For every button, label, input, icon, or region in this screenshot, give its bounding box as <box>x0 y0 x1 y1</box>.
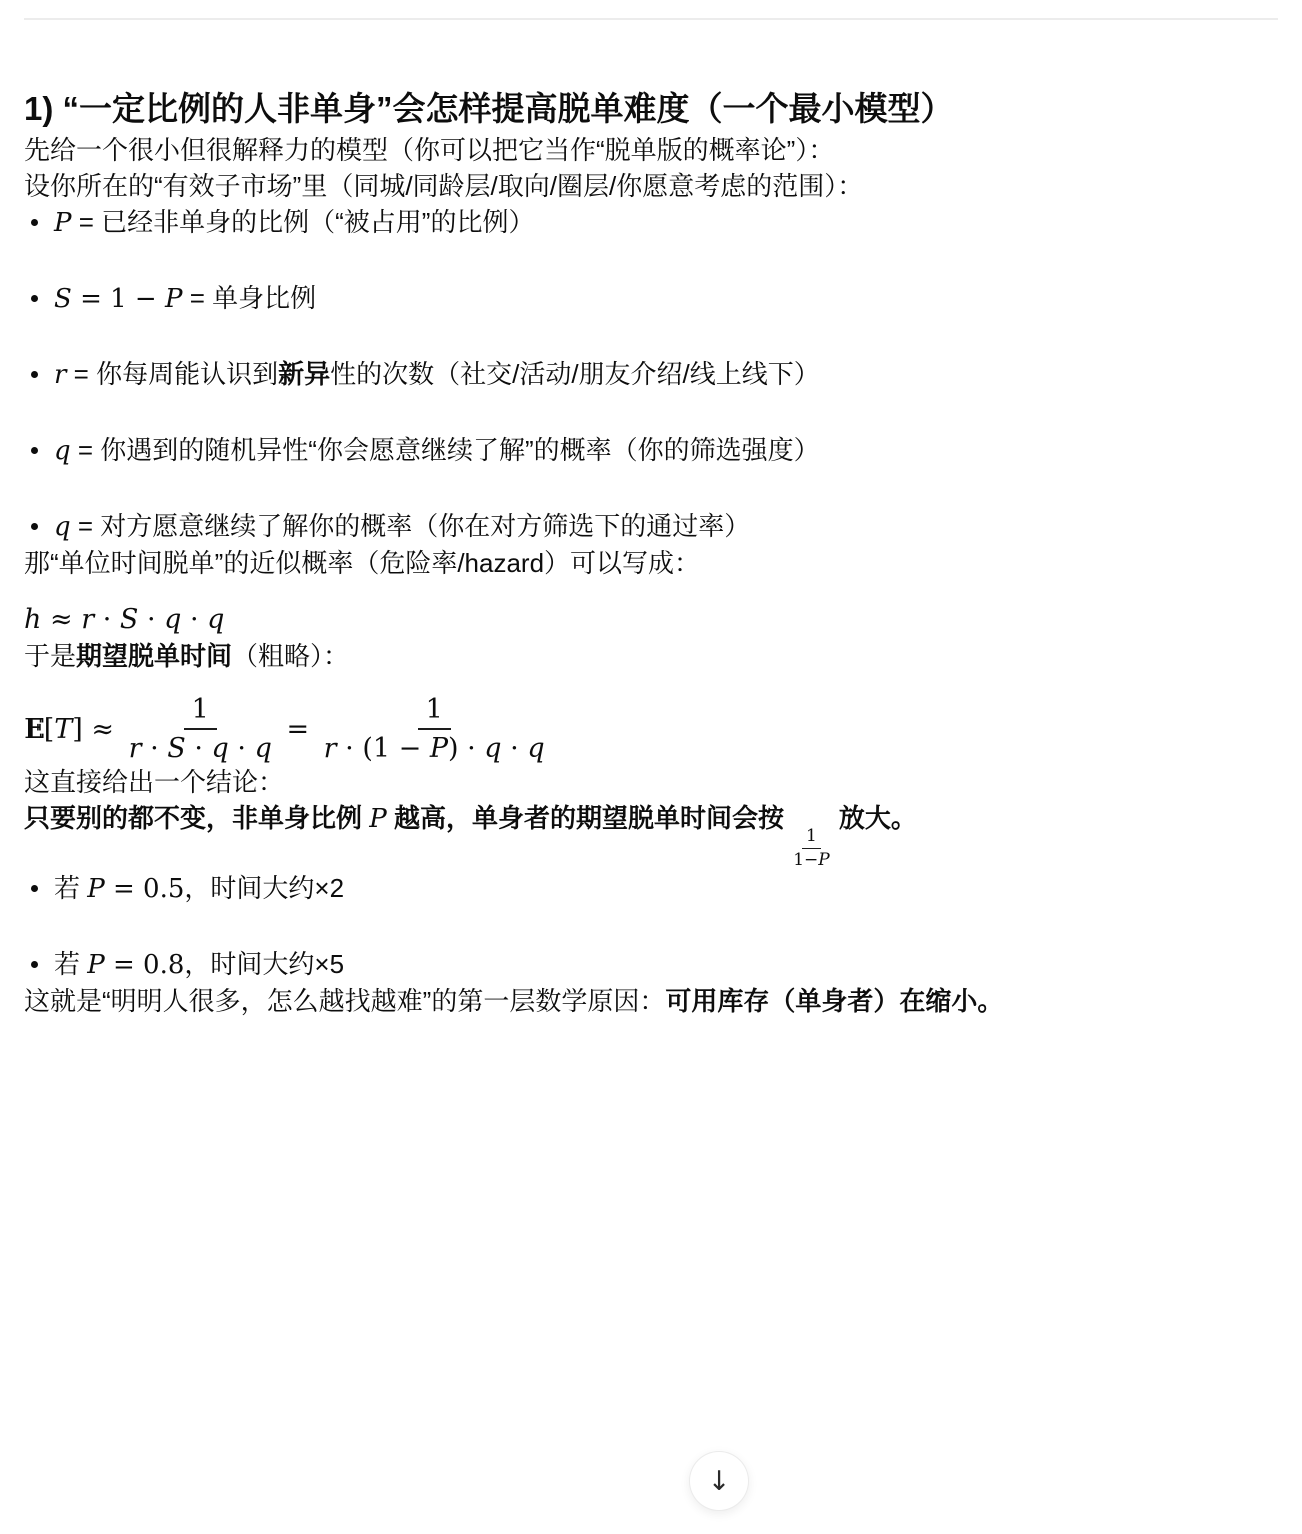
paragraph-expected-time: 于是期望脱单时间（粗略）： <box>24 638 1278 674</box>
section-divider <box>24 18 1278 20</box>
math-variable: S <box>167 733 186 764</box>
text-segment: 这就是“明明人很多，怎么越找越难”的第一层数学原因： <box>24 986 665 1016</box>
examples-list: 若 P = 0.5，时间大约×2若 P = 0.8，时间大约×5 <box>24 870 1278 983</box>
math-symbol: = 0.5 <box>105 874 185 904</box>
math-symbol: 1 <box>806 826 817 846</box>
text-segment: 于是 <box>24 641 76 671</box>
conclusion-title: 这直接给出一个结论： <box>24 767 284 797</box>
list-item: r = 你每周能认识到新异性的次数（社交/活动/朋友介绍/线上线下） <box>54 356 1278 393</box>
math-symbol: · <box>229 733 255 764</box>
bold-text-segment: 放大。 <box>832 803 917 833</box>
fraction-denominator: r · S · q · q <box>129 730 272 764</box>
math-symbol: · <box>142 733 168 764</box>
math-symbol: ) · <box>448 733 484 764</box>
math-symbol: · <box>181 604 207 635</box>
math-variable: r <box>324 733 337 764</box>
math-symbol: · <box>502 733 528 764</box>
math-variable: q <box>255 733 272 764</box>
list-item: 若 P = 0.8，时间大约×5 <box>54 946 1278 983</box>
math-symbol: = 0.8 <box>105 950 185 980</box>
blackboard-E-stroke: E <box>26 714 46 745</box>
math-symbol: ] ≈ <box>72 714 122 745</box>
bold-text-segment: 越高，单身者的期望脱单时间会按 <box>387 803 791 833</box>
math-variable: q <box>484 733 501 764</box>
math-variable: r <box>129 733 142 764</box>
list-item: S = 1 − P = 单身比例 <box>54 280 1278 317</box>
list-item: P = 已经非单身的比例（“被占用”的比例） <box>54 204 1278 241</box>
bullet-marker <box>31 447 38 454</box>
math-variable: q <box>54 512 71 542</box>
text-segment: = 对方愿意继续了解你的概率（你在对方筛选下的通过率） <box>71 511 751 541</box>
math-symbol: · <box>138 604 164 635</box>
fraction: 11−P <box>793 826 830 870</box>
math-symbol: 1− <box>793 850 818 870</box>
math-variable: q <box>527 733 544 764</box>
math-variable: q <box>164 604 181 635</box>
fraction: 1r · (1 − P) · q · q <box>324 694 545 764</box>
bold-text-segment: 只要别的都不变，非单身比例 <box>24 803 369 833</box>
bold-text-segment: 可用库存（单身者）在缩小。 <box>665 986 1003 1016</box>
arrow-down-icon: ↓ <box>708 1468 731 1495</box>
paragraph-hazard: 那“单位时间脱单”的近似概率（危险率/hazard）可以写成： <box>24 545 1278 581</box>
bullet-marker <box>31 885 38 892</box>
list-item: q = 对方愿意继续了解你的概率（你在对方筛选下的通过率） <box>54 508 1278 545</box>
bullet-marker <box>31 523 38 530</box>
math-symbol: ≈ <box>41 604 81 635</box>
bullet-marker <box>31 961 38 968</box>
fraction-numerator: 1 <box>802 826 821 849</box>
math-symbol: = 1 − <box>72 284 165 314</box>
text-segment: = 你每周能认识到 <box>66 359 278 389</box>
text-segment: 这直接给出一个结论： <box>24 767 284 797</box>
fraction-denominator: 1−P <box>793 849 830 871</box>
text-segment: 若 <box>54 873 87 903</box>
text-segment: 设你所在的“有效子市场”里（同城/同龄层/取向/圈层/你愿意考虑的范围）： <box>24 171 863 201</box>
list-item: q = 你遇到的随机异性“你会愿意继续了解”的概率（你的筛选强度） <box>54 432 1278 469</box>
math-variable: T <box>54 714 72 745</box>
math-variable: q <box>212 733 229 764</box>
bullet-marker <box>31 219 38 226</box>
list-item: 若 P = 0.5，时间大约×2 <box>54 870 1278 907</box>
text-segment: 那“单位时间脱单”的近似概率（危险率/hazard）可以写成： <box>24 548 700 578</box>
scroll-to-bottom-button[interactable]: ↓ <box>689 1451 749 1511</box>
math-variable: P <box>87 874 105 904</box>
blackboard-bold-E: EE <box>24 714 44 745</box>
math-variable: S <box>120 604 139 635</box>
paragraph-intro: 先给一个很小但很解释力的模型（你可以把它当作“脱单版的概率论”）： <box>24 132 1278 168</box>
math-symbol: = <box>278 714 318 745</box>
paragraph-conclusion: 这直接给出一个结论： 只要别的都不变，非单身比例 P 越高，单身者的期望脱单时间… <box>24 764 1278 870</box>
fraction: 1r · S · q · q <box>129 694 272 764</box>
text-segment: = 你遇到的随机异性“你会愿意继续了解”的概率（你的筛选强度） <box>71 435 820 465</box>
math-symbol: · <box>186 733 212 764</box>
text-segment: 性的次数（社交/活动/朋友介绍/线上线下） <box>330 359 820 389</box>
text-segment: 先给一个很小但很解释力的模型（你可以把它当作“脱单版的概率论”）： <box>24 135 834 165</box>
math-symbol: · <box>94 604 120 635</box>
math-variable: P <box>54 208 72 238</box>
math-variable: q <box>54 436 71 466</box>
math-symbol: 1 <box>192 694 209 725</box>
math-symbol: 1 <box>426 694 443 725</box>
bold-text-segment: 期望脱单时间 <box>76 641 232 671</box>
math-variable: q <box>207 604 224 635</box>
text-segment: = 已经非单身的比例（“被占用”的比例） <box>72 207 535 237</box>
variable-definitions-list: P = 已经非单身的比例（“被占用”的比例）S = 1 − P = 单身比例r … <box>24 204 1278 545</box>
fraction-numerator: 1 <box>184 694 217 730</box>
text-segment: ，时间大约×5 <box>184 949 344 979</box>
conclusion-statement: 只要别的都不变，非单身比例 P 越高，单身者的期望脱单时间会按 11−P 放大。 <box>24 803 917 833</box>
math-variable: P <box>165 284 183 314</box>
math-variable: S <box>54 284 72 314</box>
fraction-numerator: 1 <box>418 694 451 730</box>
chat-message-view: 1) “一定比例的人非单身”会怎样提高脱单难度（一个最小模型） 先给一个很小但很… <box>0 0 1302 1534</box>
text-segment: 若 <box>54 949 87 979</box>
bullet-marker <box>31 295 38 302</box>
math-variable: r <box>81 604 94 635</box>
fraction-denominator: r · (1 − P) · q · q <box>324 730 545 764</box>
section-heading: 1) “一定比例的人非单身”会怎样提高脱单难度（一个最小模型） <box>24 86 1278 132</box>
math-variable: P <box>818 850 829 870</box>
text-segment: （粗略）： <box>232 641 349 671</box>
text-segment: ，时间大约×2 <box>184 873 344 903</box>
math-variable: r <box>54 360 66 390</box>
paragraph-final: 这就是“明明人很多，怎么越找越难”的第一层数学原因：可用库存（单身者）在缩小。 <box>24 983 1278 1019</box>
bullet-marker <box>31 371 38 378</box>
math-variable: P <box>87 950 105 980</box>
text-segment: = 单身比例 <box>182 283 316 313</box>
bold-text-segment: 新异 <box>278 359 330 389</box>
formula-hazard: h ≈ r · S · q · q <box>24 601 1278 638</box>
paragraph-market-setup: 设你所在的“有效子市场”里（同城/同龄层/取向/圈层/你愿意考虑的范围）： <box>24 168 1278 204</box>
message-content: 1) “一定比例的人非单身”会怎样提高脱单难度（一个最小模型） 先给一个很小但很… <box>0 18 1302 1019</box>
math-variable: h <box>24 604 41 635</box>
math-variable: P <box>430 733 448 764</box>
math-symbol: · (1 − <box>337 733 430 764</box>
math-variable: P <box>369 804 387 834</box>
formula-expected-time: EE[T] ≈ 1r · S · q · q = 1r · (1 − P) · … <box>24 694 1278 764</box>
